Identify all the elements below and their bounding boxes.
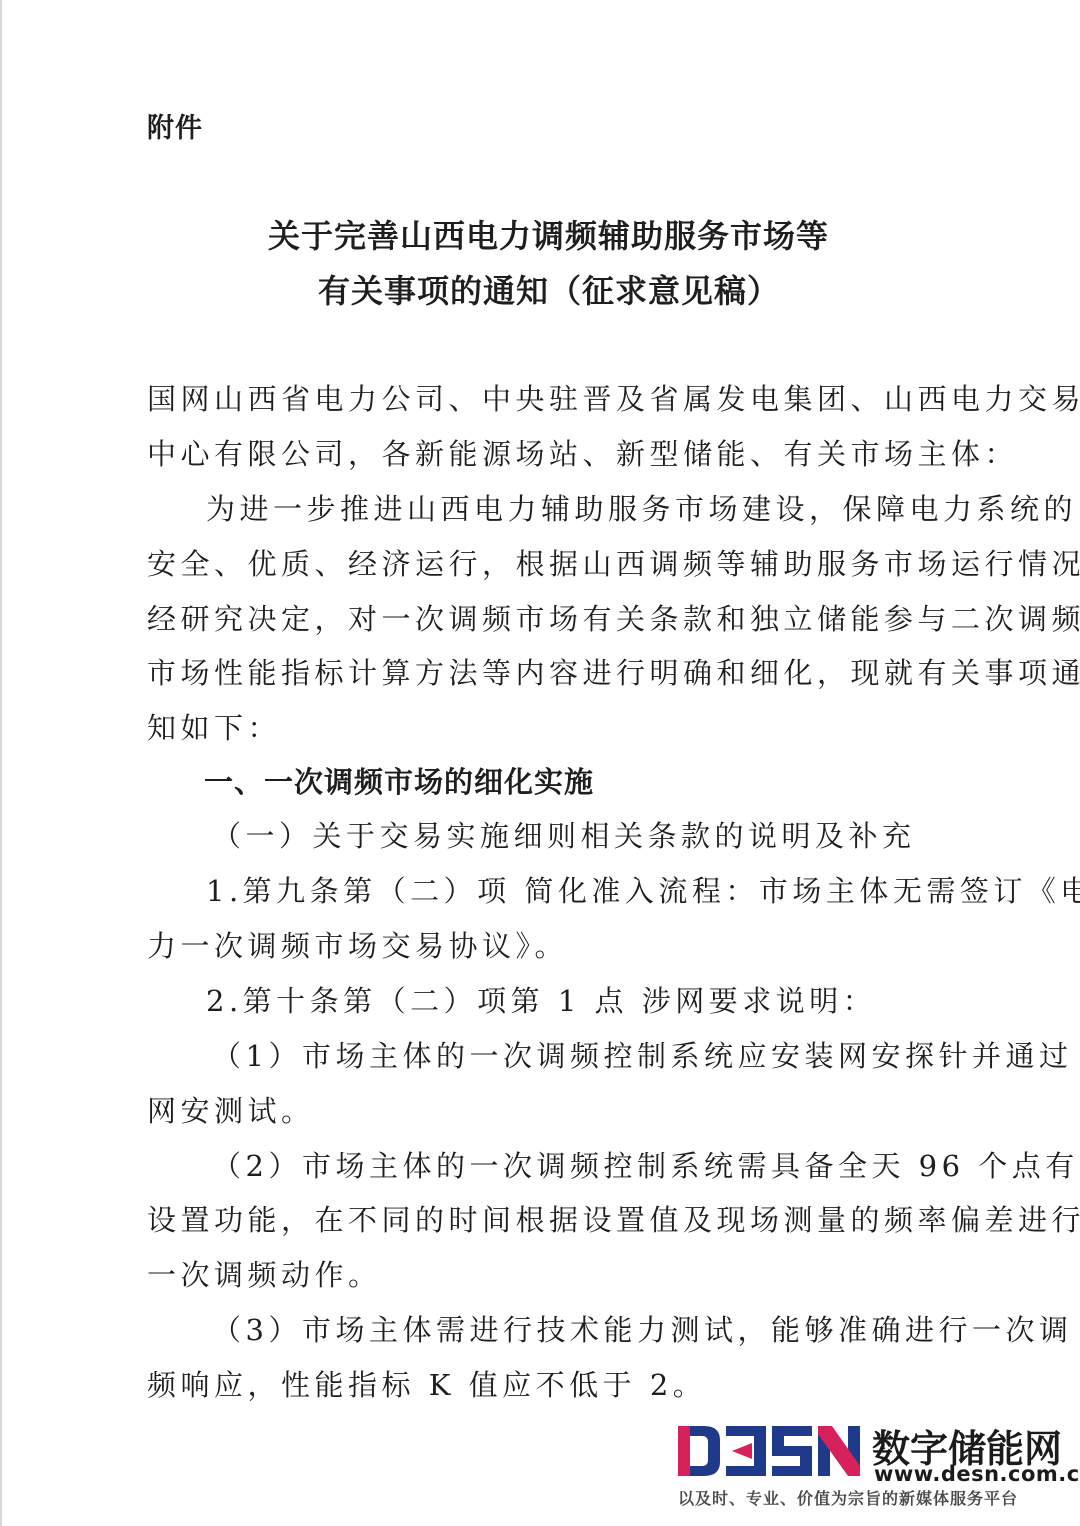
intro-line-2: 安全、优质、经济运行，根据山西调频等辅助服务市场运行情况， (147, 550, 1080, 579)
scan-edge (0, 0, 2, 1526)
item-2-sub2-line-2: 设置功能，在不同的时间根据设置值及现场测量的频率偏差进行 (147, 1206, 1080, 1235)
item-2-sub3-line-2: 频响应，性能指标 K 值应不低于 2。 (147, 1371, 706, 1400)
watermark-url: www.desn.com.cn (874, 1462, 1080, 1486)
document-title-line-2: 有关事项的通知（征求意见稿） (318, 275, 780, 307)
item-2-sub2-line-3: 一次调频动作。 (147, 1261, 382, 1290)
addressee-line-1: 国网山西省电力公司、中央驻晋及省属发电集团、山西电力交易 (147, 385, 1080, 414)
section-1-heading: 一、一次调频市场的细化实施 (204, 768, 594, 797)
desn-watermark-logo: 数字储能网 www.desn.com.cn 以及时、专业、价值为宗旨的新媒体服务… (676, 1420, 1068, 1520)
addressee-line-2: 中心有限公司，各新能源场站、新型储能、有关市场主体： (147, 440, 1018, 469)
subsection-1-heading: （一）关于交易实施细则相关条款的说明及补充 (212, 822, 916, 851)
item-2-sub3-line-1: （3）市场主体需进行技术能力测试，能够准确进行一次调 (212, 1316, 1072, 1345)
item-2-sub2-line-1: （2）市场主体的一次调频控制系统需具备全天 96 个点有功 (212, 1152, 1080, 1181)
item-2-heading: 2.第十条第（二）项第 1 点 涉网要求说明： (206, 987, 876, 1016)
intro-line-1: 为进一步推进山西电力辅助服务市场建设，保障电力系统的 (206, 495, 1077, 524)
desn-logo-icon (676, 1420, 862, 1480)
item-1-line-2: 力一次调频市场交易协议》。 (147, 932, 568, 961)
intro-line-3: 经研究决定，对一次调频市场有关条款和独立储能参与二次调频 (147, 605, 1080, 634)
intro-line-4: 市场性能指标计算方法等内容进行明确和细化，现就有关事项通 (147, 659, 1080, 688)
item-1-line-1: 1.第九条第（二）项 简化准入流程：市场主体无需签订《电 (206, 877, 1080, 906)
item-2-sub1-line-1: （1）市场主体的一次调频控制系统应安装网安探针并通过 (212, 1042, 1072, 1071)
item-2-sub1-line-2: 网安测试。 (147, 1097, 315, 1126)
document-title-line-1: 关于完善山西电力调频辅助服务市场等 (268, 220, 829, 252)
attachment-label: 附件 (147, 115, 203, 142)
watermark-slogan: 以及时、专业、价值为宗旨的新媒体服务平台 (678, 1486, 1018, 1509)
intro-line-5: 知如下： (147, 714, 281, 743)
